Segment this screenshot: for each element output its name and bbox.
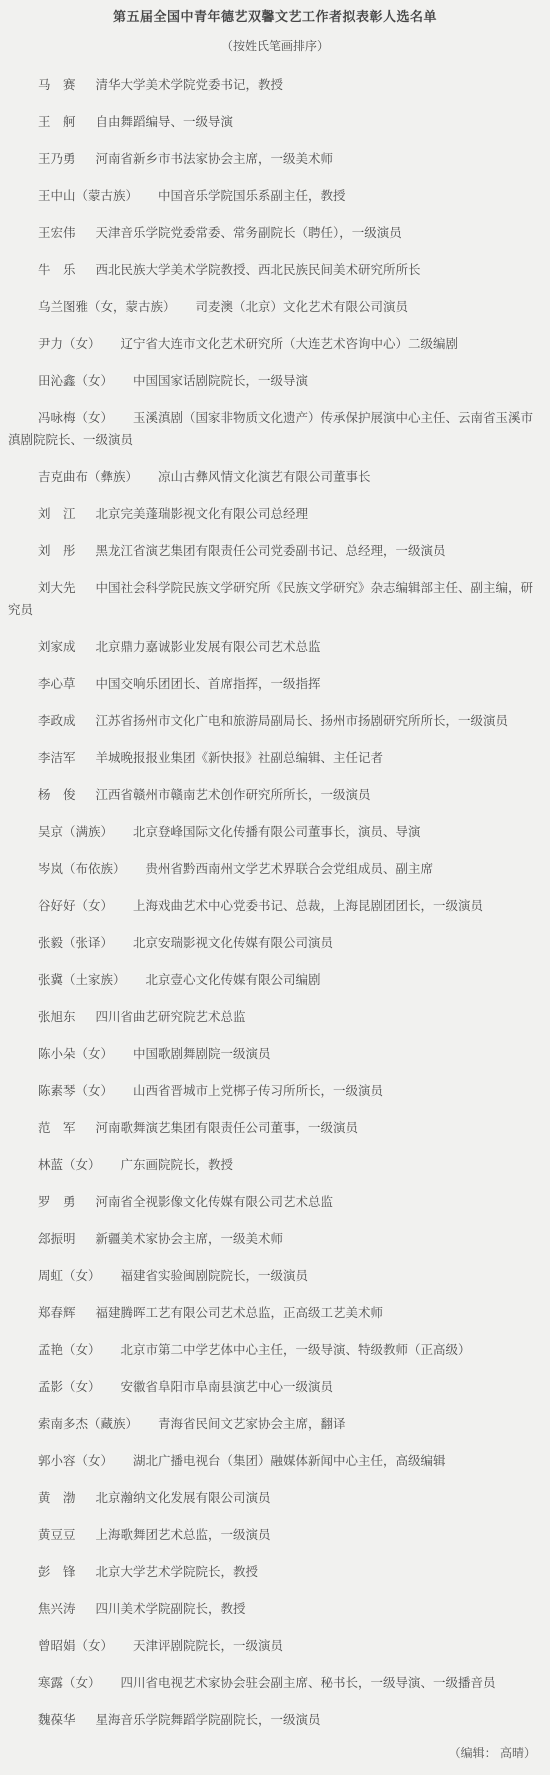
list-entry: 寒露（女）四川省电视艺术家协会驻会副主席、秘书长，一级导演、一级播音员 [8, 1672, 542, 1694]
list-entry: 魏葆华星海音乐学院舞蹈学院副院长，一级演员 [8, 1709, 542, 1731]
entry-name: 刘 江 [38, 507, 76, 521]
entry-name: 王 舸 [38, 115, 76, 129]
list-entry: 罗 勇河南省全视影像文化传媒有限公司艺术总监 [8, 1191, 542, 1213]
entry-description: 天津评剧院院长，一级演员 [133, 1639, 283, 1653]
entry-name: 魏葆华 [38, 1713, 76, 1727]
entry-description: 上海戏曲艺术中心党委书记、总裁，上海昆剧团团长，一级演员 [133, 899, 483, 913]
list-entry: 王乃勇河南省新乡市书法家协会主席，一级美术师 [8, 148, 542, 170]
entry-description: 中国交响乐团团长、首席指挥，一级指挥 [96, 677, 321, 691]
entry-name: 寒露（女） [38, 1676, 101, 1690]
entry-name: 冯咏梅（女） [38, 411, 113, 425]
entry-description: 辽宁省大连市文化艺术研究所（大连艺术咨询中心）二级编剧 [121, 337, 459, 351]
entry-name: 林蓝（女） [38, 1158, 101, 1172]
entry-name: 李政成 [38, 714, 76, 728]
list-entry: 黄 渤北京瀚纳文化发展有限公司演员 [8, 1487, 542, 1509]
entry-description: 司麦澳（北京）文化艺术有限公司演员 [196, 300, 409, 314]
entry-name: 杨 俊 [38, 788, 76, 802]
list-entry: 周虹（女）福建省实验闽剧院院长，一级演员 [8, 1265, 542, 1287]
entry-name: 刘家成 [38, 640, 76, 654]
entry-description: 北京壹心文化传媒有限公司编剧 [146, 973, 321, 987]
entry-name: 孟影（女） [38, 1380, 101, 1394]
entry-name: 彭 锋 [38, 1565, 76, 1579]
entry-description: 湖北广播电视台（集团）融媒体新闻中心主任，高级编辑 [133, 1454, 446, 1468]
list-entry: 王宏伟天津音乐学院党委常委、常务副院长（聘任），一级演员 [8, 222, 542, 244]
entry-description: 凉山古彝风情文化演艺有限公司董事长 [158, 470, 371, 484]
entry-description: 河南歌舞演艺集团有限责任公司董事，一级演员 [96, 1121, 359, 1135]
entry-description: 中国歌剧舞剧院一级演员 [133, 1047, 271, 1061]
entry-description: 清华大学美术学院党委书记，教授 [96, 78, 284, 92]
entry-description: 北京鼎力嘉诚影业发展有限公司艺术总监 [96, 640, 321, 654]
list-entry: 李政成江苏省扬州市文化广电和旅游局副局长、扬州市扬剧研究所所长，一级演员 [8, 710, 542, 732]
entry-name: 牛 乐 [38, 263, 76, 277]
sort-note: （按姓氏笔画排序） [0, 38, 550, 54]
entry-name: 吴京（满族） [38, 825, 113, 839]
list-entry: 彭 锋北京大学艺术学院院长，教授 [8, 1561, 542, 1583]
entry-name: 吉克曲布（彝族） [38, 470, 138, 484]
entry-name: 孟艳（女） [38, 1343, 101, 1357]
list-entry: 范 军河南歌舞演艺集团有限责任公司董事，一级演员 [8, 1117, 542, 1139]
entry-name: 王中山（蒙古族） [38, 189, 138, 203]
entry-description: 江西省赣州市赣南艺术创作研究所所长，一级演员 [96, 788, 371, 802]
list-entry: 郐振明新疆美术家协会主席，一级美术师 [8, 1228, 542, 1250]
entry-description: 北京市第二中学艺体中心主任，一级导演、特级教师（正高级） [121, 1343, 471, 1357]
list-entry: 冯咏梅（女）玉溪滇剧（国家非物质文化遗产）传承保护展演中心主任、云南省玉溪市滇剧… [8, 407, 542, 451]
list-entry: 王中山（蒙古族）中国音乐学院国乐系副主任，教授 [8, 185, 542, 207]
entry-description: 北京安瑞影视文化传媒有限公司演员 [133, 936, 333, 950]
list-entry: 曾昭娟（女）天津评剧院院长，一级演员 [8, 1635, 542, 1657]
entry-name: 王宏伟 [38, 226, 76, 240]
list-entry: 林蓝（女）广东画院院长，教授 [8, 1154, 542, 1176]
entry-description: 北京完美蓬瑞影视文化有限公司总经理 [96, 507, 309, 521]
entry-description: 河南省新乡市书法家协会主席，一级美术师 [96, 152, 334, 166]
entry-description: 福建腾晖工艺有限公司艺术总监，正高级工艺美术师 [96, 1306, 384, 1320]
document-page: 第五届全国中青年德艺双馨文艺工作者拟表彰人选名单 （按姓氏笔画排序） 马 赛清华… [0, 0, 550, 1775]
list-entry: 张旭东四川省曲艺研究院艺术总监 [8, 1006, 542, 1028]
entry-name: 陈小朵（女） [38, 1047, 113, 1061]
list-entry: 李洁军羊城晚报报业集团《新快报》社副总编辑、主任记者 [8, 747, 542, 769]
entry-name: 尹力（女） [38, 337, 101, 351]
entry-name: 张旭东 [38, 1010, 76, 1024]
list-entry: 陈小朵（女）中国歌剧舞剧院一级演员 [8, 1043, 542, 1065]
entry-description: 天津音乐学院党委常委、常务副院长（聘任），一级演员 [96, 226, 402, 240]
list-entry: 张冀（土家族）北京壹心文化传媒有限公司编剧 [8, 969, 542, 991]
entry-name: 范 军 [38, 1121, 76, 1135]
list-entry: 杨 俊江西省赣州市赣南艺术创作研究所所长，一级演员 [8, 784, 542, 806]
entry-name: 焦兴涛 [38, 1602, 76, 1616]
entry-name: 王乃勇 [38, 152, 76, 166]
entry-description: 山西省晋城市上党梆子传习所所长，一级演员 [133, 1084, 383, 1098]
entry-name: 张毅（张译） [38, 936, 113, 950]
entry-description: 北京登峰国际文化传播有限公司董事长，演员、导演 [133, 825, 421, 839]
list-entry: 王 舸自由舞蹈编导、一级导演 [8, 111, 542, 133]
list-entry: 焦兴涛四川美术学院副院长，教授 [8, 1598, 542, 1620]
list-entry: 李心草中国交响乐团团长、首席指挥，一级指挥 [8, 673, 542, 695]
entry-description: 江苏省扬州市文化广电和旅游局副局长、扬州市扬剧研究所所长，一级演员 [96, 714, 509, 728]
entry-name: 罗 勇 [38, 1195, 76, 1209]
entry-description: 中国社会科学院民族文学研究所《民族文学研究》杂志编辑部主任、副主编，研究员 [8, 581, 533, 617]
entry-name: 曾昭娟（女） [38, 1639, 113, 1653]
entry-description: 黑龙江省演艺集团有限责任公司党委副书记、总经理，一级演员 [96, 544, 446, 558]
list-entry: 郭小容（女）湖北广播电视台（集团）融媒体新闻中心主任，高级编辑 [8, 1450, 542, 1472]
entry-name: 黄 渤 [38, 1491, 76, 1505]
list-entry: 索南多杰（藏族）青海省民间文艺家协会主席，翻译 [8, 1413, 542, 1435]
list-entry: 吉克曲布（彝族）凉山古彝风情文化演艺有限公司董事长 [8, 466, 542, 488]
entry-description: 中国国家话剧院院长，一级导演 [133, 374, 308, 388]
entry-description: 青海省民间文艺家协会主席，翻译 [158, 1417, 346, 1431]
list-entry: 陈素琴（女）山西省晋城市上党梆子传习所所长，一级演员 [8, 1080, 542, 1102]
entry-description: 四川美术学院副院长，教授 [96, 1602, 246, 1616]
list-entry: 谷好好（女）上海戏曲艺术中心党委书记、总裁，上海昆剧团团长，一级演员 [8, 895, 542, 917]
entry-description: 星海音乐学院舞蹈学院副院长，一级演员 [96, 1713, 321, 1727]
list-entry: 乌兰图雅（女，蒙古族）司麦澳（北京）文化艺术有限公司演员 [8, 296, 542, 318]
entry-name: 李洁军 [38, 751, 76, 765]
list-entry: 郑春辉福建腾晖工艺有限公司艺术总监，正高级工艺美术师 [8, 1302, 542, 1324]
entry-description: 自由舞蹈编导、一级导演 [96, 115, 234, 129]
list-entry: 尹力（女）辽宁省大连市文化艺术研究所（大连艺术咨询中心）二级编剧 [8, 333, 542, 355]
list-entry: 黄豆豆上海歌舞团艺术总监，一级演员 [8, 1524, 542, 1546]
entry-name: 周虹（女） [38, 1269, 101, 1283]
list-entry: 刘 彤黑龙江省演艺集团有限责任公司党委副书记、总经理，一级演员 [8, 540, 542, 562]
entry-description: 上海歌舞团艺术总监，一级演员 [96, 1528, 271, 1542]
entry-name: 李心草 [38, 677, 76, 691]
entry-name: 郐振明 [38, 1232, 76, 1246]
list-entry: 刘 江北京完美蓬瑞影视文化有限公司总经理 [8, 503, 542, 525]
entry-name: 张冀（土家族） [38, 973, 126, 987]
entry-description: 福建省实验闽剧院院长，一级演员 [121, 1269, 309, 1283]
list-entry: 孟影（女）安徽省阜阳市阜南县演艺中心一级演员 [8, 1376, 542, 1398]
list-entry: 孟艳（女）北京市第二中学艺体中心主任，一级导演、特级教师（正高级） [8, 1339, 542, 1361]
entry-name: 岑岚（布依族） [38, 862, 126, 876]
entry-description: 贵州省黔西南州文学艺术界联合会党组成员、副主席 [146, 862, 434, 876]
honoree-list: 马 赛清华大学美术学院党委书记，教授 王 舸自由舞蹈编导、一级导演 王乃勇河南省… [8, 74, 542, 1731]
list-entry: 岑岚（布依族）贵州省黔西南州文学艺术界联合会党组成员、副主席 [8, 858, 542, 880]
entry-description: 四川省电视艺术家协会驻会副主席、秘书长，一级导演、一级播音员 [121, 1676, 496, 1690]
entry-description: 安徽省阜阳市阜南县演艺中心一级演员 [121, 1380, 334, 1394]
entry-name: 马 赛 [38, 78, 76, 92]
list-entry: 吴京（满族）北京登峰国际文化传播有限公司董事长，演员、导演 [8, 821, 542, 843]
entry-name: 谷好好（女） [38, 899, 113, 913]
list-entry: 马 赛清华大学美术学院党委书记，教授 [8, 74, 542, 96]
list-entry: 刘大先中国社会科学院民族文学研究所《民族文学研究》杂志编辑部主任、副主编，研究员 [8, 577, 542, 621]
entry-description: 广东画院院长，教授 [121, 1158, 234, 1172]
list-entry: 田沁鑫（女）中国国家话剧院院长，一级导演 [8, 370, 542, 392]
list-entry: 张毅（张译）北京安瑞影视文化传媒有限公司演员 [8, 932, 542, 954]
entry-name: 郑春辉 [38, 1306, 76, 1320]
entry-name: 索南多杰（藏族） [38, 1417, 138, 1431]
entry-name: 刘 彤 [38, 544, 76, 558]
entry-description: 北京大学艺术学院院长，教授 [96, 1565, 259, 1579]
list-entry: 牛 乐西北民族大学美术学院教授、西北民族民间美术研究所所长 [8, 259, 542, 281]
editor-credit: （编辑： 高晴） [449, 1744, 536, 1761]
list-entry: 刘家成北京鼎力嘉诚影业发展有限公司艺术总监 [8, 636, 542, 658]
entry-description: 河南省全视影像文化传媒有限公司艺术总监 [96, 1195, 334, 1209]
page-title: 第五届全国中青年德艺双馨文艺工作者拟表彰人选名单 [0, 8, 550, 26]
entry-description: 西北民族大学美术学院教授、西北民族民间美术研究所所长 [96, 263, 421, 277]
entry-name: 田沁鑫（女） [38, 374, 113, 388]
entry-description: 中国音乐学院国乐系副主任，教授 [158, 189, 346, 203]
entry-name: 乌兰图雅（女，蒙古族） [38, 300, 176, 314]
entry-name: 黄豆豆 [38, 1528, 76, 1542]
entry-name: 陈素琴（女） [38, 1084, 113, 1098]
entry-description: 北京瀚纳文化发展有限公司演员 [96, 1491, 271, 1505]
entry-description: 羊城晚报报业集团《新快报》社副总编辑、主任记者 [96, 751, 384, 765]
entry-name: 郭小容（女） [38, 1454, 113, 1468]
entry-description: 新疆美术家协会主席，一级美术师 [96, 1232, 284, 1246]
entry-description: 四川省曲艺研究院艺术总监 [96, 1010, 246, 1024]
entry-name: 刘大先 [38, 581, 76, 595]
